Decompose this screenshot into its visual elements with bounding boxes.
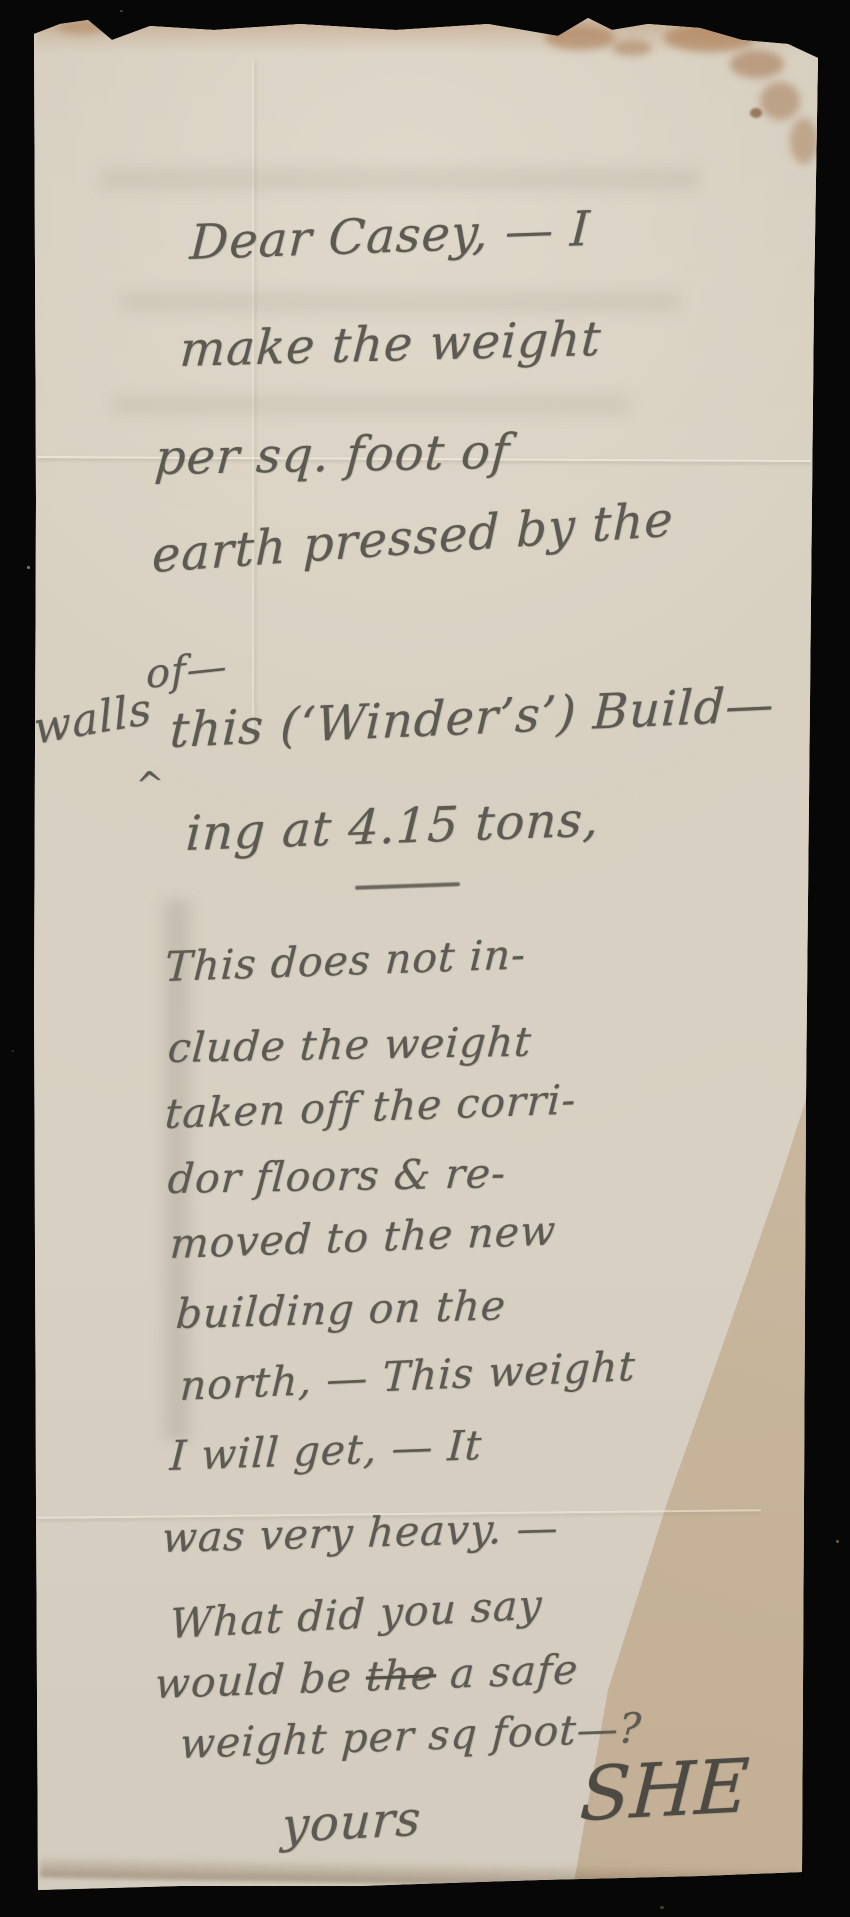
letter-line: What did you say xyxy=(169,1580,543,1648)
foxing-stain xyxy=(790,118,818,164)
letter-line: this (‘Winder’s’) Build— xyxy=(169,677,776,760)
letter-line: earth pressed by the xyxy=(152,491,675,584)
closing-word: yours xyxy=(281,1791,423,1855)
tons-suffix: tons, xyxy=(458,791,601,852)
foxing-stain xyxy=(545,26,615,50)
letter-line: This does not in- xyxy=(164,930,527,991)
caret-mark: ^ xyxy=(135,764,167,806)
dust-speck xyxy=(836,1540,839,1543)
tons-prefix: ing at xyxy=(185,800,350,862)
letter-line-safe: would be the a safe xyxy=(154,1645,580,1708)
inserted-word: of— xyxy=(146,643,228,698)
letter-line: Dear Casey, — I xyxy=(189,201,592,271)
foxing-stain xyxy=(750,108,762,118)
letter-line: make the weight xyxy=(178,311,603,378)
letter-line: per sq. foot of xyxy=(153,424,512,486)
foxing-stain xyxy=(664,24,756,52)
foxing-stain xyxy=(612,40,652,56)
foxing-stain xyxy=(56,20,108,34)
letter-line: taken off the corri- xyxy=(164,1076,578,1138)
margin-note: walls xyxy=(32,683,154,755)
showthrough-band xyxy=(110,396,630,414)
letter-line: weight per sq foot—? xyxy=(179,1704,643,1768)
foxing-stain xyxy=(760,82,800,120)
dust-speck xyxy=(120,10,123,12)
safe-suffix: a safe xyxy=(435,1645,580,1698)
fold-crease-vertical xyxy=(252,60,254,730)
dust-speck xyxy=(27,566,30,569)
letter-paper: Dear Casey, — I make the weight per sq. … xyxy=(0,0,850,1917)
dust-speck xyxy=(660,1906,664,1909)
showthrough-band xyxy=(120,292,680,312)
letter-line: north, — This weight xyxy=(179,1342,637,1410)
strikethrough-word: the xyxy=(365,1650,438,1701)
letter-line: was very heavy. — xyxy=(161,1504,561,1562)
letter-line: I will get, — It xyxy=(169,1421,484,1480)
tons-value: 4.15 xyxy=(347,796,461,856)
letter-line: building on the xyxy=(175,1281,508,1338)
safe-prefix: would be xyxy=(154,1653,368,1708)
foxing-stain xyxy=(730,50,784,78)
photo-canvas: Dear Casey, — I make the weight per sq. … xyxy=(0,0,850,1917)
dust-speck xyxy=(12,1050,14,1052)
signature-initials: SHE xyxy=(578,1743,752,1838)
underline-mark xyxy=(355,882,460,890)
letter-line: moved to the new xyxy=(169,1206,558,1268)
showthrough-band xyxy=(100,168,700,190)
letter-line: clude the weight xyxy=(166,1018,533,1072)
letter-line-tons: ing at 4.15 tons, xyxy=(185,791,601,862)
letter-line: dor floors & re- xyxy=(166,1149,507,1203)
